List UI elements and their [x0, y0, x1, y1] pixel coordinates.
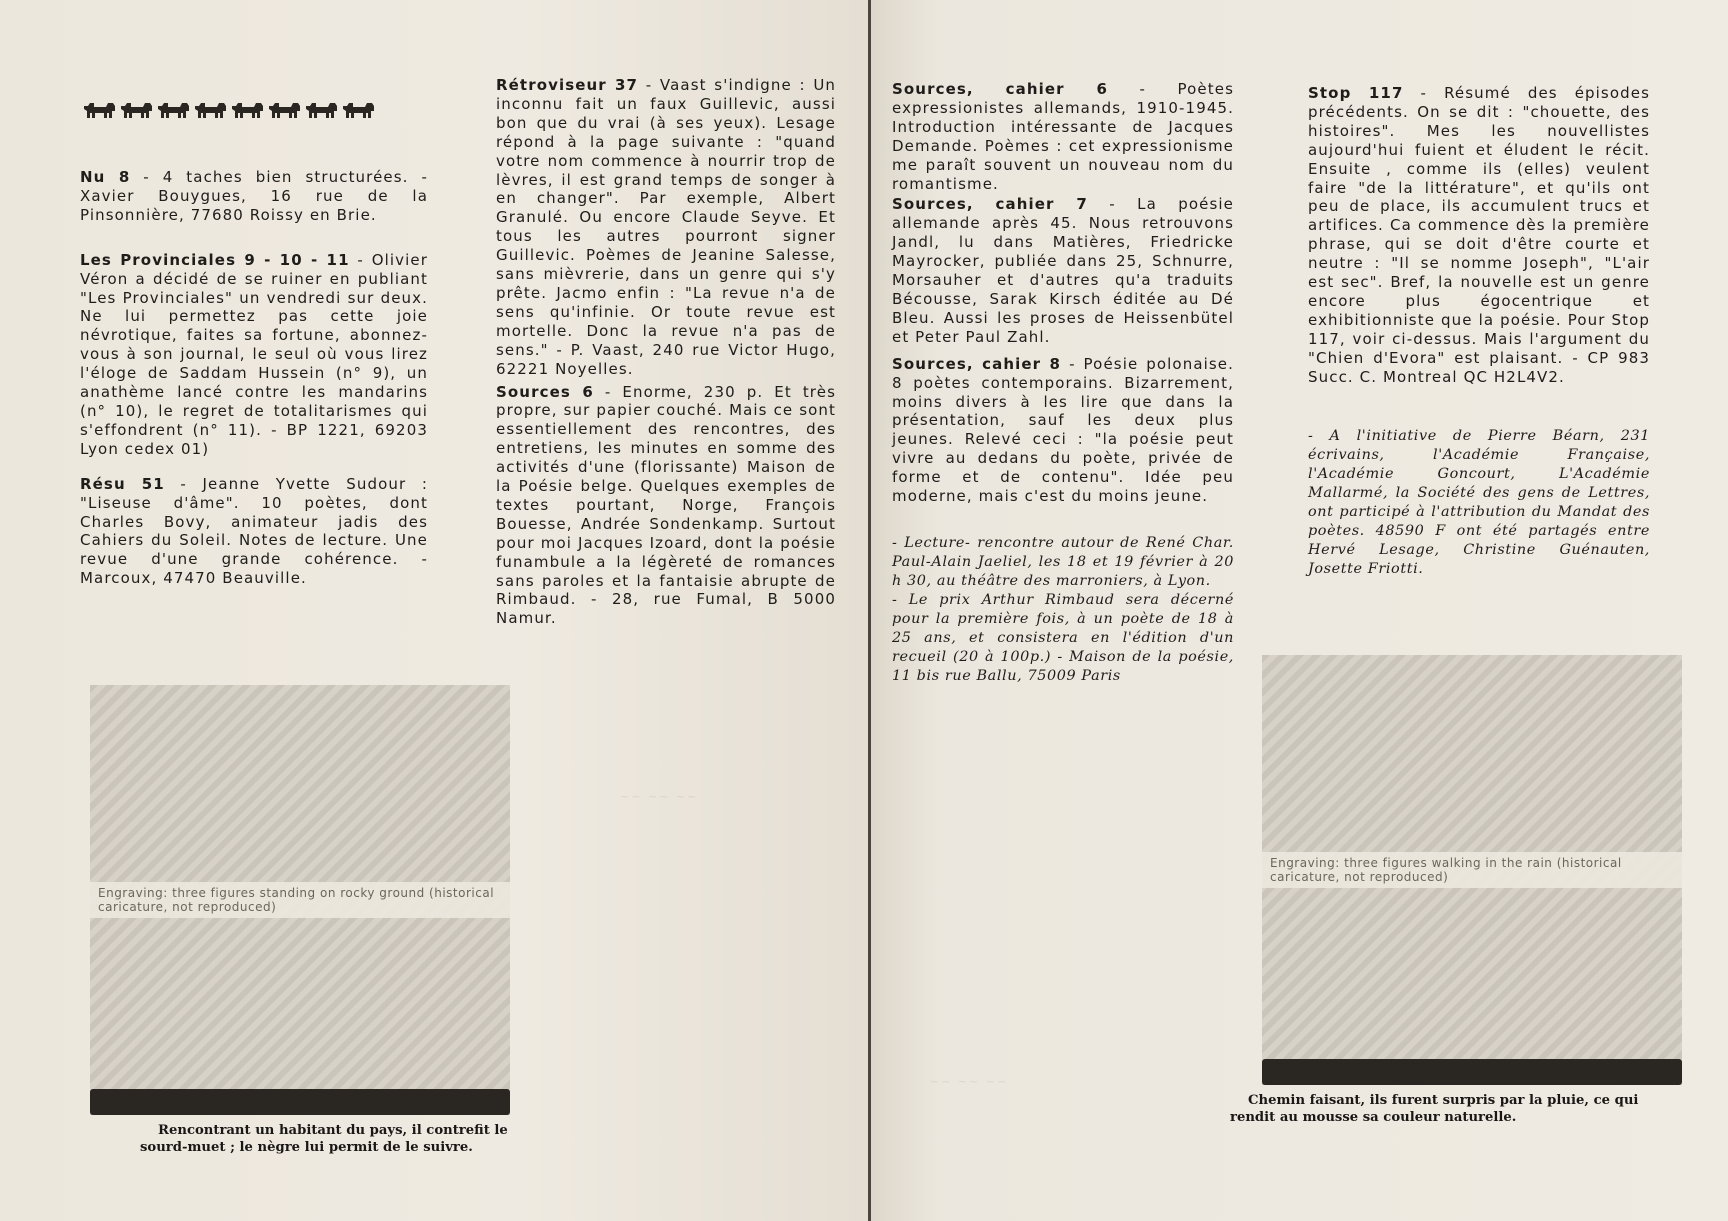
dog-silhouette-icon: [304, 98, 338, 118]
entry-title: Sources, cahier 7: [892, 195, 1088, 213]
dog-silhouette-icon: [341, 98, 375, 118]
dog-silhouette-icon: [82, 98, 116, 118]
entry-body: - Vaast s'indigne : Un inconnu fait un f…: [496, 76, 836, 378]
show-through-text: ~~ ~~ ~~: [620, 790, 698, 803]
review-entry: Les Provinciales 9 - 10 - 11 - Olivier V…: [80, 251, 428, 459]
review-entry: Sources, cahier 8 - Poésie polonaise. 8 …: [892, 355, 1234, 506]
dog-silhouette-icon: [193, 98, 227, 118]
entry-title: Les Provinciales 9 - 10 - 11: [80, 251, 350, 269]
dog-ornament-row: [82, 98, 375, 118]
review-entry: Sources, cahier 6 - Poètes expressionist…: [892, 80, 1234, 193]
left-page: Nu 8 - 4 taches bien structurées. - Xavi…: [0, 0, 870, 1221]
entry-body: - La poésie allemande après 45. Nous ret…: [892, 195, 1234, 345]
entry-title: Nu 8: [80, 168, 130, 186]
dog-silhouette-icon: [119, 98, 153, 118]
illustration-alt: Engraving: three figures walking in the …: [1262, 852, 1682, 888]
review-entry: Rétroviseur 37 - Vaast s'indigne : Un in…: [496, 76, 836, 379]
review-entry: Sources, cahier 7 - La poésie allemande …: [892, 195, 1234, 346]
column-2: Rétroviseur 37 - Vaast s'indigne : Un in…: [496, 76, 836, 642]
dog-silhouette-icon: [156, 98, 190, 118]
illustration-caption: Chemin faisant, ils furent surpris par l…: [1230, 1093, 1650, 1126]
show-through-text: ~~ ~~ ~~: [930, 1075, 1008, 1088]
notice-item: - A l'initiative de Pierre Béarn, 231 éc…: [1308, 427, 1650, 579]
entry-body: - Olivier Véron a décidé de se ruiner en…: [80, 251, 428, 458]
entry-body: - Poésie polonaise. 8 poètes contemporai…: [892, 355, 1234, 505]
illustration-left: Engraving: three figures standing on roc…: [90, 685, 510, 1115]
center-fold: [868, 0, 871, 1221]
entry-body: - Enorme, 230 p. Et très propre, sur pap…: [496, 383, 836, 628]
dog-silhouette-icon: [230, 98, 264, 118]
column-1: Nu 8 - 4 taches bien structurées. - Xavi…: [80, 168, 428, 602]
entry-body: - Résumé des épisodes précédents. On se …: [1308, 84, 1650, 386]
entry-title: Stop 117: [1308, 84, 1404, 102]
entry-title: Sources 6: [496, 383, 594, 401]
entry-title: Sources, cahier 8: [892, 355, 1061, 373]
right-page: Sources, cahier 6 - Poètes expressionist…: [870, 0, 1728, 1221]
notice-item: - Le prix Arthur Rimbaud sera décerné po…: [892, 591, 1234, 686]
review-entry: Sources 6 - Enorme, 230 p. Et très propr…: [496, 383, 836, 629]
illustration-caption: Rencontrant un habitant du pays, il cont…: [140, 1123, 520, 1156]
illustration-right: Engraving: three figures walking in the …: [1262, 655, 1682, 1085]
review-entry: Nu 8 - 4 taches bien structurées. - Xavi…: [80, 168, 428, 225]
notice-item: - Lecture- rencontre autour de René Char…: [892, 534, 1234, 591]
entry-title: Sources, cahier 6: [892, 80, 1108, 98]
illustration-alt: Engraving: three figures standing on roc…: [90, 882, 510, 918]
illustration-ground: [1262, 1059, 1682, 1085]
illustration-ground: [90, 1089, 510, 1115]
magazine-spread: Nu 8 - 4 taches bien structurées. - Xavi…: [0, 0, 1728, 1221]
column-4: Stop 117 - Résumé des épisodes précédent…: [1308, 84, 1650, 579]
review-entry: Stop 117 - Résumé des épisodes précédent…: [1308, 84, 1650, 387]
review-entry: Résu 51 - Jeanne Yvette Sudour : "Liseus…: [80, 475, 428, 588]
column-3: Sources, cahier 6 - Poètes expressionist…: [892, 80, 1234, 686]
entry-title: Résu 51: [80, 475, 165, 493]
notices-block: - Lecture- rencontre autour de René Char…: [892, 534, 1234, 686]
notices-block: - A l'initiative de Pierre Béarn, 231 éc…: [1308, 427, 1650, 579]
entry-title: Rétroviseur 37: [496, 76, 638, 94]
dog-silhouette-icon: [267, 98, 301, 118]
entry-body: - 4 taches bien structurées. - Xavier Bo…: [80, 168, 428, 224]
